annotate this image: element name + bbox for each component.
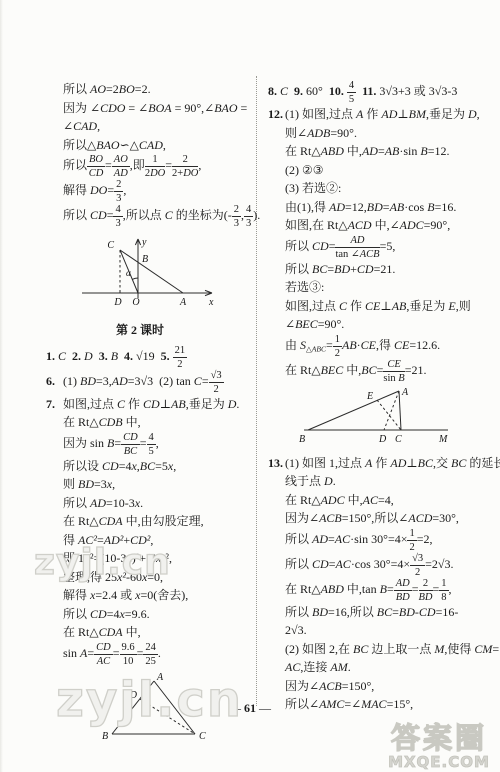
math-var: AD <box>329 200 345 214</box>
text-line: 线于点 D. <box>268 472 496 491</box>
text-line: 如图,过点 C 作 CE⊥AB,垂足为 E,则 <box>268 297 496 316</box>
fraction-denominator: BC <box>121 445 140 457</box>
fraction-denominator: tan ∠ACB <box>335 248 379 260</box>
math-var: BD <box>399 605 415 619</box>
label-D: D <box>113 297 122 308</box>
fraction: AOAD <box>112 154 130 179</box>
math-var: D <box>468 107 477 121</box>
math-var: CM <box>474 642 492 656</box>
math-var: ACD <box>348 218 372 232</box>
math-var: A <box>80 646 87 660</box>
fraction: 45 <box>347 80 356 105</box>
fraction-denominator: 3 <box>113 217 122 229</box>
fraction-numerator: 2 <box>232 204 241 217</box>
bold-run: 1. <box>46 349 55 363</box>
text-line: 所以设 CD=4x,BC=5x, <box>46 457 254 476</box>
column-divider <box>256 76 257 706</box>
math-var: AD <box>312 532 328 546</box>
fraction: 2425 <box>143 642 158 667</box>
math-var: CD <box>123 432 138 443</box>
fraction-numerator: CE <box>383 359 404 372</box>
math-var: C <box>117 397 125 411</box>
solution-item: 6.(1) BD=3,AD=3√3 (2) tan C=√32 <box>46 370 254 395</box>
label-alpha: α <box>126 268 131 278</box>
fraction: CDBC <box>121 432 140 457</box>
math-var: CD <box>312 557 329 571</box>
subscript: △ABC <box>306 344 326 353</box>
fraction-numerator: 2 <box>419 578 433 591</box>
text-line: sin A=CDAC=9.610=2425. <box>46 642 254 667</box>
math-var: M <box>434 642 444 656</box>
bold-run: 4. <box>124 349 133 363</box>
fraction-denominator: BD <box>419 591 433 603</box>
fraction-denominator: 5 <box>147 445 156 457</box>
fraction: 2BD <box>419 578 433 603</box>
math-var: x <box>107 477 112 491</box>
fraction-numerator: CD <box>94 642 113 655</box>
text-line: 所以 AO=2BO=2. <box>46 80 254 99</box>
math-var: AM <box>330 660 347 674</box>
label-B: B <box>299 434 305 445</box>
fraction: 9.610 <box>120 642 137 667</box>
math-var: CE <box>394 338 409 352</box>
fraction: ADtan ∠ACB <box>335 235 379 260</box>
item-number: 7. <box>46 395 63 414</box>
item-number: 12. <box>268 105 285 124</box>
label-A: A <box>401 387 409 398</box>
figure-triangle-on-line-BM: B D C M A E <box>296 386 456 448</box>
math-var: AB <box>390 200 405 214</box>
text-line: (2) ②③ <box>268 161 496 180</box>
bold-run: 10. <box>329 84 344 98</box>
text-line: 所以 AD=10-3x. <box>46 494 254 513</box>
math-var: B <box>398 373 404 384</box>
fraction-numerator: 4 <box>244 204 253 217</box>
math-var: B <box>111 349 118 363</box>
math-var: x <box>135 588 140 602</box>
fraction-numerator: 4 <box>147 432 156 445</box>
text-line: (2) 如图 2,在 BC 边上取一点 M,使得 CM= <box>268 640 496 659</box>
math-var: CD <box>96 642 111 653</box>
math-var: CD <box>357 262 374 276</box>
math-var: D <box>84 349 93 363</box>
math-var: DO <box>150 168 165 179</box>
fraction: 212 <box>173 345 188 370</box>
figure-wrap: C y B α D O A x <box>78 235 254 317</box>
segment-CE-dashed <box>377 400 401 430</box>
fraction-denominator: 2 <box>173 358 188 370</box>
text-line: 则 BD=3x, <box>46 475 254 494</box>
bold-run: 5. <box>161 349 170 363</box>
text-line: 在 Rt△ADC 中,AC=4, <box>268 491 496 510</box>
text-line: 在 Rt△CDA 中,由勾股定理, <box>46 512 254 531</box>
math-var: AC <box>97 656 110 667</box>
text-line: 所以 AD=AC·sin 30°=4×12=2, <box>268 528 496 553</box>
fraction-denominator: AD <box>112 167 130 179</box>
math-var: CAD <box>139 138 163 152</box>
text-line: 因为 ∠CDO = ∠BOA = 90°,∠BAO = <box>46 99 254 118</box>
math-var: BD <box>396 592 410 603</box>
math-var: CE <box>387 359 400 370</box>
label-D: D <box>378 434 387 445</box>
answer-site-watermark: 答案圈 MXQE.COM <box>380 722 498 770</box>
fraction-numerator: 1 <box>333 334 342 347</box>
fraction-numerator: AO <box>112 154 130 167</box>
math-var: AD <box>396 578 410 589</box>
math-var: AC <box>335 557 350 571</box>
fraction: 22+DO <box>172 154 198 179</box>
left-column: 所以 AO=2BO=2.因为 ∠CDO = ∠BOA = 90°,∠BAO =∠… <box>46 80 254 749</box>
bold-run: 11. <box>362 84 376 98</box>
fraction-denominator: 2 <box>209 383 224 395</box>
solution-item: 7.如图,过点 C 作 CD⊥AB,垂足为 D. <box>46 395 254 414</box>
fraction-numerator: BO <box>87 154 105 167</box>
scan-edge-shading <box>0 0 3 772</box>
math-var: ABC <box>312 344 326 353</box>
math-var: C <box>339 299 347 313</box>
math-var: CD <box>90 208 107 222</box>
label-C: C <box>107 240 114 251</box>
fraction-denominator: 3 <box>232 217 241 229</box>
fraction-numerator: 4 <box>113 204 122 217</box>
fraction: CDAC <box>94 642 113 667</box>
fraction-numerator: 1 <box>145 154 165 167</box>
fraction: 23 <box>114 179 123 204</box>
math-var: B <box>427 200 434 214</box>
figure2-strokes <box>304 391 448 430</box>
figure-coordinate-plane: C y B α D O A x <box>78 235 220 313</box>
math-var: x <box>119 607 124 621</box>
text-line: 在 Rt△BEC 中,BC=CEsin B=21. <box>268 359 496 384</box>
math-var: CD <box>102 459 119 473</box>
math-var: x <box>135 496 140 510</box>
fraction: 43 <box>113 204 122 229</box>
math-var: A <box>356 107 363 121</box>
label-C: C <box>395 434 402 445</box>
math-var: CE <box>365 299 380 313</box>
math-var: BO <box>89 154 103 165</box>
fraction-numerator: 24 <box>143 642 158 655</box>
math-var: BD <box>78 477 94 491</box>
bold-run: 9. <box>294 84 303 98</box>
fraction: 23 <box>232 204 241 229</box>
fraction-denominator: CD <box>87 167 105 179</box>
math-var: ACB <box>360 249 380 260</box>
text-line: 则∠ADB=90°. <box>268 124 496 143</box>
math-var: ACD <box>408 511 432 525</box>
scanned-answer-page: 所以 AO=2BO=2.因为 ∠CDO = ∠BOA = 90°,∠BAO =∠… <box>0 0 500 772</box>
text-line: 在 Rt△CDA 中, <box>46 623 254 642</box>
math-var: x <box>168 459 173 473</box>
math-var: B <box>380 582 387 596</box>
math-var: CE <box>361 338 376 352</box>
fraction: 12 <box>407 528 416 553</box>
fraction: 45 <box>147 432 156 457</box>
text-line: 由 S△ABC=12AB·CE,得 CE=12.6. <box>268 334 496 359</box>
text-line: AC,连接 AM. <box>268 658 496 677</box>
fraction-numerator: 2 <box>172 154 198 167</box>
fraction: 12 <box>333 334 342 359</box>
math-var: AD <box>390 456 406 470</box>
math-var: BM <box>409 107 426 121</box>
math-var: BO <box>119 82 135 96</box>
math-var: x <box>90 588 95 602</box>
fraction-numerator: √3 <box>209 370 224 383</box>
label-B: B <box>102 731 108 742</box>
math-var: ABD <box>321 582 344 596</box>
math-var: C <box>165 208 173 222</box>
text-line: 所以 CD=AC·cos 30°=4×√32=2√3. <box>268 553 496 578</box>
label-A: A <box>179 297 187 308</box>
math-var: BD <box>367 200 383 214</box>
math-var: x <box>131 459 136 473</box>
math-var: AB <box>385 144 400 158</box>
text-line: 由(1),得 AD=12,BD=AB·cos B=16. <box>268 198 496 217</box>
math-var: AO <box>114 154 128 165</box>
math-var: C <box>194 374 202 388</box>
math-var: AD <box>112 374 128 388</box>
fraction-denominator: 2 <box>410 566 425 578</box>
math-var: AD <box>114 168 128 179</box>
fraction: √32 <box>209 370 224 395</box>
fraction-numerator: 1 <box>439 578 448 591</box>
fraction: 12DO <box>145 154 165 179</box>
watermark-zyjl-large: zyjl.cn <box>56 672 243 728</box>
math-var: AD <box>381 107 397 121</box>
math-var: AO <box>90 82 106 96</box>
math-var: A <box>365 456 372 470</box>
fraction-denominator: BD <box>394 591 412 603</box>
right-column: 8. C 9. 60° 10. 45 11. 3√3+3 或 3√3-312.(… <box>268 80 496 714</box>
math-var: E <box>448 299 455 313</box>
fraction-numerator: 4 <box>347 80 356 93</box>
segment-BA <box>308 391 399 430</box>
text-line: 因为 sin B=CDBC=45, <box>46 432 254 457</box>
math-var: AB <box>171 397 186 411</box>
math-var: D <box>324 474 333 488</box>
fraction-denominator: 3 <box>114 192 123 204</box>
math-var: AC <box>363 493 378 507</box>
math-var: ABD <box>321 144 344 158</box>
fraction-numerator: 21 <box>173 345 188 358</box>
text-line: 在 Rt△ABD 中,AD=AB·sin B=12. <box>268 142 496 161</box>
solution-item: 13.(1) 如图 1,过点 A 作 AD⊥BC,交 BC 的延长 <box>268 454 496 473</box>
math-var: CD <box>89 168 104 179</box>
math-var: C <box>280 84 288 98</box>
answer-line: 1. C 2. D 3. B 4. √19 5. 212 <box>46 345 254 370</box>
answer-line: 8. C 9. 60° 10. 45 11. 3√3+3 或 3√3-3 <box>268 80 496 105</box>
math-var: BOA <box>148 101 171 115</box>
math-var: AC <box>335 532 350 546</box>
fraction: 43 <box>244 204 253 229</box>
text-line: 因为∠ACB=150°,所以∠ACD=30°, <box>268 509 496 528</box>
math-var: BD <box>334 262 350 276</box>
text-line: ∠BEC=90°. <box>268 315 496 334</box>
fraction-denominator: 2 <box>333 347 342 359</box>
text-line: 若选③: <box>268 278 496 297</box>
bold-run: 8. <box>268 84 277 98</box>
math-var: BD <box>80 374 96 388</box>
bold-run: 61 <box>244 701 256 715</box>
text-line: ∠CAD, <box>46 117 254 136</box>
text-line: 所以 CD=ADtan ∠ACB=5, <box>268 235 496 260</box>
math-var: BD <box>312 605 328 619</box>
math-var: CDB <box>99 415 123 429</box>
label-O: O <box>132 297 139 308</box>
section-heading: 第 2 课时 <box>46 321 254 340</box>
math-var: AB <box>392 299 407 313</box>
math-var: ADB <box>307 126 330 140</box>
math-var: BC <box>312 262 327 276</box>
fraction-denominator: 5 <box>347 93 356 105</box>
math-var: BAO <box>96 138 119 152</box>
fraction: 18 <box>439 578 448 603</box>
math-var: ACB <box>319 511 342 525</box>
math-var: DO <box>183 168 198 179</box>
figure-wrap: B D C M A E <box>296 386 496 452</box>
math-var: ADC <box>321 493 345 507</box>
fraction-numerator: AD <box>394 578 412 591</box>
math-var: BC <box>451 456 466 470</box>
text-line: (3) 若选②: <box>268 179 496 198</box>
text-line: 因为∠ACB=150°, <box>268 677 496 696</box>
fraction-denominator: AC <box>94 655 113 667</box>
text-line: 所以△BAO∽△CAD, <box>46 136 254 155</box>
math-var: AD <box>362 144 378 158</box>
text-line: 所以 BD=16,所以 BC=BD-CD=16- <box>268 603 496 622</box>
watermark-logo-site: MXQE.COM <box>380 754 498 770</box>
math-var: ADC <box>400 218 424 232</box>
math-var: BC <box>377 605 392 619</box>
label-y: y <box>141 237 147 248</box>
math-var: BEC <box>321 363 344 377</box>
fraction: CEsin B <box>383 359 404 384</box>
text-line: 解得 DO=23, <box>46 179 254 204</box>
math-var: BD <box>419 592 433 603</box>
solution-item: 12.(1) 如图,过点 A 作 AD⊥BM,垂足为 D, <box>268 105 496 124</box>
fraction: √32 <box>410 553 425 578</box>
math-var: CAD <box>73 119 97 133</box>
math-var: BAO <box>214 101 237 115</box>
label-C: C <box>199 731 206 742</box>
watermark-zyjl-small: zyjl.cn <box>34 542 171 583</box>
fraction-numerator: √3 <box>410 553 425 566</box>
text-line: 如图,在 Rt△ACD 中,∠ADC=90°, <box>268 216 496 235</box>
segment-AC <box>399 391 401 430</box>
fraction-numerator: CD <box>121 432 140 445</box>
fraction-numerator: 2 <box>114 179 123 192</box>
math-var: B <box>420 144 427 158</box>
watermark-logo-text: 答案圈 <box>380 722 498 754</box>
text-line: 解得 x=2.4 或 x=0(舍去), <box>46 586 254 605</box>
math-var: CD <box>312 239 329 253</box>
math-var: CD <box>143 397 160 411</box>
math-var: AD <box>351 235 365 246</box>
math-var: AD <box>90 496 106 510</box>
text-line: 所以BOCD=AOAD,即12DO=22+DO, <box>46 154 254 179</box>
figure1-strokes <box>82 239 212 298</box>
label-M: M <box>438 434 448 445</box>
fraction-denominator: sin B <box>383 372 404 384</box>
math-var: BC <box>418 456 433 470</box>
math-var: BC <box>124 446 137 457</box>
text-line: 所以 CD=4x=9.6. <box>46 605 254 624</box>
text-line: 在 Rt△ABD 中,tan B=ADBD=2BD=18, <box>268 578 496 603</box>
fraction-denominator: 25 <box>143 655 158 667</box>
angle-alpha-arc <box>132 278 138 279</box>
text-line: 在 Rt△CDB 中, <box>46 413 254 432</box>
math-var: BC <box>140 459 155 473</box>
fraction-denominator: 2+DO <box>172 167 198 179</box>
math-var: CDA <box>99 625 123 639</box>
fraction-numerator: AD <box>335 235 379 248</box>
fraction: BOCD <box>87 154 105 179</box>
fraction-denominator: 8 <box>439 591 448 603</box>
math-var: B <box>107 436 114 450</box>
text-line: 所以 CD=43,所以点 C 的坐标为(-23,43). <box>46 204 254 229</box>
item-number: 13. <box>268 454 285 473</box>
fraction: ADBD <box>394 578 412 603</box>
fraction-numerator: 1 <box>407 528 416 541</box>
fraction-denominator: 2 <box>407 541 416 553</box>
math-var: CD <box>90 607 107 621</box>
math-var: D <box>228 397 237 411</box>
bold-run: 3. <box>99 349 108 363</box>
text-line: 2√3. <box>268 621 496 640</box>
label-B: B <box>142 254 148 265</box>
math-var: BC <box>353 642 368 656</box>
text-line: 所以 BC=BD+CD=21. <box>268 260 496 279</box>
label-x: x <box>208 297 214 308</box>
fraction-denominator: 10 <box>120 655 137 667</box>
fraction-numerator: 9.6 <box>120 642 137 655</box>
math-var: CDA <box>99 514 123 528</box>
fraction-denominator: 3 <box>244 217 253 229</box>
math-var: AC <box>285 660 300 674</box>
math-var: AB <box>342 338 357 352</box>
bold-run: 2. <box>72 349 81 363</box>
fraction-denominator: 2DO <box>145 167 165 179</box>
math-var: CDO <box>100 101 125 115</box>
math-var: DO <box>90 183 107 197</box>
math-var: CD <box>419 605 436 619</box>
math-var: BC <box>361 363 376 377</box>
math-var: BEC <box>295 317 318 331</box>
math-var: C <box>58 349 66 363</box>
math-var: ACB <box>319 679 342 693</box>
label-E: E <box>366 391 373 402</box>
item-number: 6. <box>46 372 63 391</box>
